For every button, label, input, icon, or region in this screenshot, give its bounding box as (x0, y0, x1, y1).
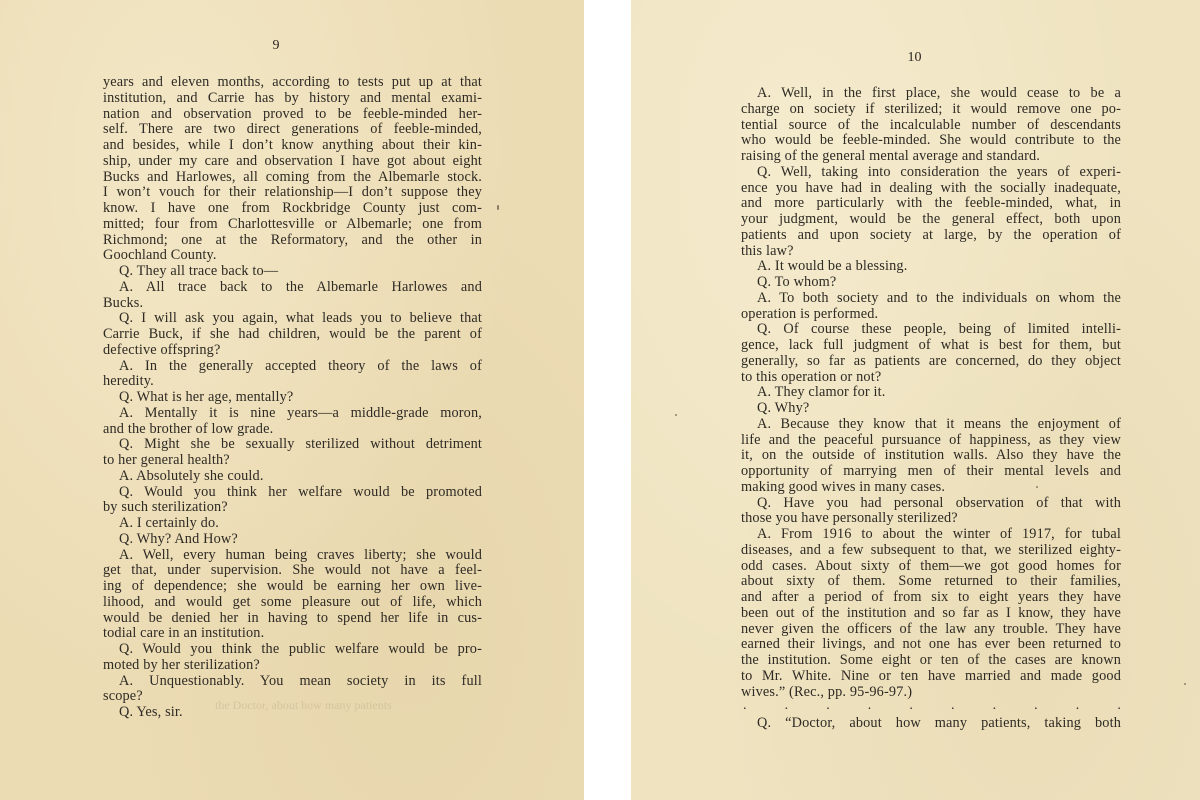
text-line: mitted; four from Charlottesville or Alb… (103, 217, 482, 233)
text-line: ing of dependence; she would be earning … (103, 579, 482, 595)
ellipsis-dot: . (909, 700, 913, 716)
ellipsis-dot: . (1117, 700, 1121, 716)
text-line: Bucks. (103, 296, 482, 312)
text-line: to her general health? (103, 453, 482, 469)
text-line: Bucks and Harlowes, all coming from the … (103, 170, 482, 186)
text-line: about sixty of them. Some returned to th… (741, 574, 1121, 590)
text-line: Q. Would you think the public welfare wo… (103, 642, 482, 658)
text-line: by such sterilization? (103, 500, 482, 516)
text-line: Goochland County. (103, 248, 482, 264)
text-line: generally, so far as patients are concer… (741, 354, 1121, 370)
text-line: and after a period of from six to eight … (741, 590, 1121, 606)
bleed-through-text: the Doctor, about how many patients (215, 698, 392, 713)
ellipsis-dot: . (743, 700, 747, 716)
text-line: Q. What is her age, mentally? (103, 390, 482, 406)
text-line: A. It would be a blessing. (741, 259, 1121, 275)
page-body-text: years and eleven months, according to te… (103, 75, 482, 721)
text-line: todial care in an institution. (103, 626, 482, 642)
text-line: the institution. Some eight or ten of th… (741, 653, 1121, 669)
text-line: ship, under my care and observation I ha… (103, 154, 482, 170)
text-line: A. In the generally accepted theory of t… (103, 359, 482, 375)
text-line: nation and observation proved to be feeb… (103, 107, 482, 123)
text-line: operation is performed. (741, 307, 1121, 323)
text-line: making good wives in many cases. (741, 480, 1121, 496)
text-line: those you have personally sterilized? (741, 511, 1121, 527)
paper-speck (497, 205, 499, 210)
text-line: and besides, while I don’t know anything… (103, 138, 482, 154)
text-line: and the brother of low grade. (103, 422, 482, 438)
text-line: A. Well, in the first place, she would c… (741, 86, 1121, 102)
text-line: know. I have one from Rockbridge County … (103, 201, 482, 217)
ellipsis-dot: . (1076, 700, 1080, 716)
ellipsis-dot: . (951, 700, 955, 716)
page-number: 10 (631, 50, 1200, 66)
text-line: Q. Of course these people, being of limi… (741, 322, 1121, 338)
text-line: your judgment, would be the general effe… (741, 212, 1121, 228)
text-line: been out of the institution and so far a… (741, 606, 1121, 622)
page-number-text: 10 (908, 50, 922, 65)
text-line: patients and upon society at large, by t… (741, 228, 1121, 244)
ellipsis-dot: . (993, 700, 997, 716)
text-line: years and eleven months, according to te… (103, 75, 482, 91)
text-line: it, on the outside of institution walls.… (741, 448, 1121, 464)
text-line: Q. I will ask you again, what leads you … (103, 311, 482, 327)
text-line: institution, and Carrie has by history a… (103, 91, 482, 107)
page-body-text: A. Well, in the first place, she would c… (741, 86, 1121, 732)
text-line: A. They clamor for it. (741, 385, 1121, 401)
text-line: gence, lack full judgment of what is bes… (741, 338, 1121, 354)
text-line: this law? (741, 244, 1121, 260)
text-line: A. Well, every human being craves libert… (103, 548, 482, 564)
text-line: Richmond; one at the Reformatory, and th… (103, 233, 482, 249)
text-line: get that, under supervision. She would n… (103, 563, 482, 579)
page-number: 9 (0, 38, 584, 54)
text-line: A. All trace back to the Albemarle Harlo… (103, 280, 482, 296)
text-line: and more particularly with the feeble-mi… (741, 196, 1121, 212)
text-line: Q. Might she be sexually sterilized with… (103, 437, 482, 453)
text-line: I won’t vouch for their relationship—I d… (103, 185, 482, 201)
ellipsis-dot: . (1034, 700, 1038, 716)
text-line: charge on society if sterilized; it woul… (741, 102, 1121, 118)
ellipsis-dot: . (826, 700, 830, 716)
text-line: Q. “Doctor, about how many patients, tak… (741, 716, 1121, 732)
text-line: A. From 1916 to about the winter of 1917… (741, 527, 1121, 543)
ellipsis-dot: . (785, 700, 789, 716)
text-line: A. Because they know that it means the e… (741, 417, 1121, 433)
page-number-text: 9 (273, 38, 280, 53)
text-line: opportunity of marrying men of their men… (741, 464, 1121, 480)
text-line: defective offspring? (103, 343, 482, 359)
text-line: A. I certainly do. (103, 516, 482, 532)
text-line: Q. Have you had personal observation of … (741, 496, 1121, 512)
text-line: lihood, and would get some pleasure out … (103, 595, 482, 611)
text-line: Q. Why? (741, 401, 1121, 417)
text-line: earned their livings, and not one has ev… (741, 637, 1121, 653)
paper-speck (675, 414, 677, 416)
text-line: never given the officers of the law any … (741, 622, 1121, 638)
text-line: self. There are two direct generations o… (103, 122, 482, 138)
text-line: Carrie Buck, if she had children, would … (103, 327, 482, 343)
text-line: to this operation or not? (741, 370, 1121, 386)
right-page: 10 A. Well, in the first place, she woul… (631, 0, 1200, 800)
ellipsis-dots-row: .......... (741, 700, 1121, 716)
ellipsis-dot: . (868, 700, 872, 716)
text-line: heredity. (103, 374, 482, 390)
text-line: would be denied her in having to spend h… (103, 611, 482, 627)
text-line: raising of the general mental average an… (741, 149, 1121, 165)
text-line: moted by her sterilization? (103, 658, 482, 674)
text-line: life and the peaceful pursuance of happi… (741, 433, 1121, 449)
text-line: tential source of the incalculable numbe… (741, 118, 1121, 134)
text-line: who would be feeble-minded. She would co… (741, 133, 1121, 149)
text-line: wives.” (Rec., pp. 95-96-97.) (741, 685, 1121, 701)
text-line: odd cases. About sixty of them—we got go… (741, 559, 1121, 575)
text-line: Q. Why? And How? (103, 532, 482, 548)
text-line: Q. To whom? (741, 275, 1121, 291)
text-line: diseases, and a few subsequent to that, … (741, 543, 1121, 559)
paper-speck (1184, 683, 1186, 685)
text-line: A. Mentally it is nine years—a middle-gr… (103, 406, 482, 422)
book-spread: 9 years and eleven months, according to … (0, 0, 1200, 800)
text-line: A. Unquestionably. You mean society in i… (103, 674, 482, 690)
text-line: Q. Would you think her welfare would be … (103, 485, 482, 501)
text-line: Q. Well, taking into consideration the y… (741, 165, 1121, 181)
paper-speck (1036, 486, 1038, 488)
text-line: A. To both society and to the individual… (741, 291, 1121, 307)
text-line: to Mr. White. Nine or ten have married a… (741, 669, 1121, 685)
text-line: ence you have had in dealing with the so… (741, 181, 1121, 197)
text-line: Q. They all trace back to— (103, 264, 482, 280)
left-page: 9 years and eleven months, according to … (0, 0, 584, 800)
text-line: A. Absolutely she could. (103, 469, 482, 485)
